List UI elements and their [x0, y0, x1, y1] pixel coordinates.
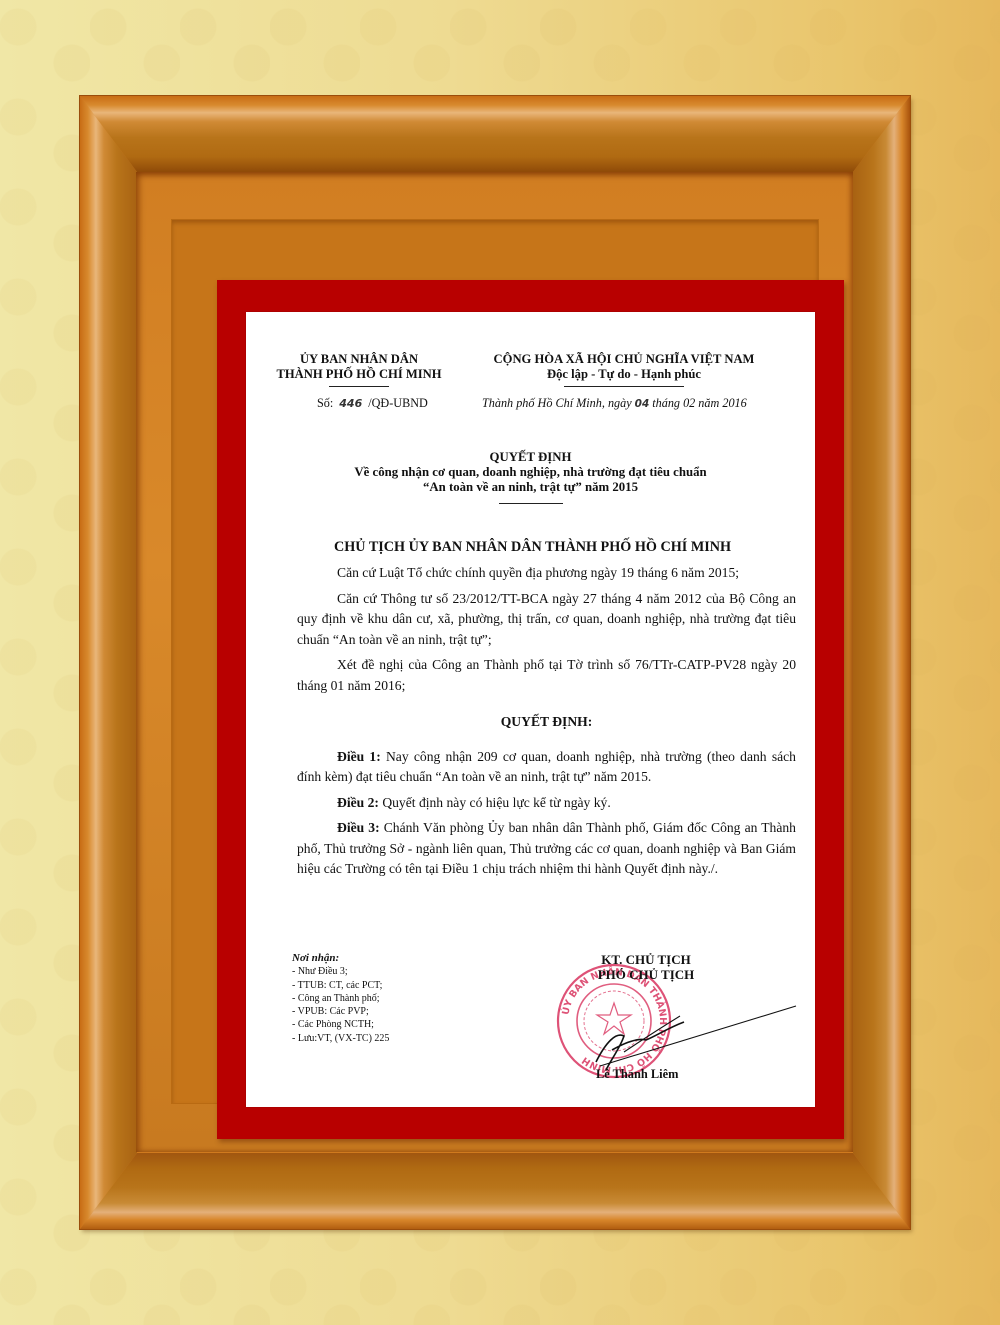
recipients-list: Nơi nhận: - Như Điều 3; - TTUB: CT, các … — [292, 952, 389, 1045]
title-line-1: Về công nhận cơ quan, doanh nghiệp, nhà … — [246, 465, 815, 480]
document-body: Căn cứ Luật Tổ chức chính quyền địa phươ… — [297, 563, 796, 885]
signer-name: Lê Thanh Liêm — [596, 1066, 678, 1082]
recipient-item: - Như Điều 3; — [292, 965, 389, 978]
frame-moulding-right — [853, 96, 910, 1229]
number-label: Số: — [317, 396, 333, 410]
agency-line-2: THÀNH PHỐ HỒ CHÍ MINH — [274, 367, 444, 382]
preamble-2: Căn cứ Thông tư số 23/2012/TT-BCA ngày 2… — [297, 589, 796, 651]
document-title: QUYẾT ĐỊNH Về công nhận cơ quan, doanh n… — [246, 450, 815, 504]
national-motto: CỘNG HÒA XÃ HỘI CHỦ NGHĨA VIỆT NAM Độc l… — [474, 352, 774, 387]
document-number: Số:446/QĐ-UBND — [317, 396, 428, 412]
number-value: 446 — [333, 397, 368, 410]
article-2: Điều 2: Quyết định này có hiệu lực kể từ… — [297, 793, 796, 814]
decision-heading: QUYẾT ĐỊNH: — [297, 712, 796, 733]
issuing-authority: CHỦ TỊCH ỦY BAN NHÂN DÂN THÀNH PHỐ HỒ CH… — [334, 538, 731, 556]
frame-inner-step: ỦY BAN NHÂN DÂN THÀNH PHỐ HỒ CHÍ MINH CỘ… — [172, 220, 818, 1103]
number-suffix: /QĐ-UBND — [368, 396, 428, 410]
article-2-text: Quyết định này có hiệu lực kể từ ngày ký… — [379, 795, 611, 810]
date-prefix: Thành phố Hồ Chí Minh, ngày — [482, 396, 632, 410]
article-3-label: Điều 3: — [337, 820, 380, 835]
certificate-document: ỦY BAN NHÂN DÂN THÀNH PHỐ HỒ CHÍ MINH CỘ… — [246, 312, 815, 1107]
recipient-item: - TTUB: CT, các PCT; — [292, 979, 389, 992]
recipient-item: - Lưu:VT, (VX-TC) 225 — [292, 1032, 389, 1045]
frame-moulding-left — [80, 96, 137, 1229]
frame-inner-recess: ỦY BAN NHÂN DÂN THÀNH PHỐ HỒ CHÍ MINH CỘ… — [136, 172, 853, 1152]
frame-moulding-top — [80, 96, 910, 172]
preamble-1: Căn cứ Luật Tổ chức chính quyền địa phươ… — [297, 563, 796, 584]
agency-rule — [329, 386, 389, 387]
title-heading: QUYẾT ĐỊNH — [246, 450, 815, 465]
issuing-agency: ỦY BAN NHÂN DÂN THÀNH PHỐ HỒ CHÍ MINH — [274, 352, 444, 387]
date-day: 04 — [632, 398, 653, 410]
recipients-heading: Nơi nhận: — [292, 952, 389, 965]
motto: Độc lập - Tự do - Hạnh phúc — [474, 367, 774, 382]
recipient-item: - VPUB: Các PVP; — [292, 1005, 389, 1018]
motto-rule — [564, 386, 684, 387]
title-line-2: “An toàn về an ninh, trật tự” năm 2015 — [246, 480, 815, 495]
title-rule — [499, 503, 563, 504]
article-2-label: Điều 2: — [337, 795, 379, 810]
recipient-item: - Các Phòng NCTH; — [292, 1018, 389, 1031]
signature-title-1: KT. CHỦ TỊCH — [546, 952, 746, 967]
article-3: Điều 3: Chánh Văn phòng Ủy ban nhân dân … — [297, 818, 796, 880]
signature-title-2: PHÓ CHỦ TỊCH — [546, 967, 746, 982]
article-1: Điều 1: Nay công nhận 209 cơ quan, doanh… — [297, 747, 796, 788]
article-1-label: Điều 1: — [337, 749, 381, 764]
document-date: Thành phố Hồ Chí Minh, ngày04tháng 02 nă… — [482, 396, 747, 412]
recipient-item: - Công an Thành phố; — [292, 992, 389, 1005]
picture-frame: ỦY BAN NHÂN DÂN THÀNH PHỐ HỒ CHÍ MINH CỘ… — [80, 96, 910, 1229]
agency-line-1: ỦY BAN NHÂN DÂN — [274, 352, 444, 367]
signature-block: KT. CHỦ TỊCH PHÓ CHỦ TỊCH — [546, 952, 746, 982]
country-name: CỘNG HÒA XÃ HỘI CHỦ NGHĨA VIỆT NAM — [474, 352, 774, 367]
date-suffix: tháng 02 năm 2016 — [652, 396, 746, 410]
preamble-3: Xét đề nghị của Công an Thành phố tại Tờ… — [297, 655, 796, 696]
frame-moulding-bottom — [80, 1153, 910, 1229]
red-mat: ỦY BAN NHÂN DÂN THÀNH PHỐ HỒ CHÍ MINH CỘ… — [217, 280, 844, 1139]
